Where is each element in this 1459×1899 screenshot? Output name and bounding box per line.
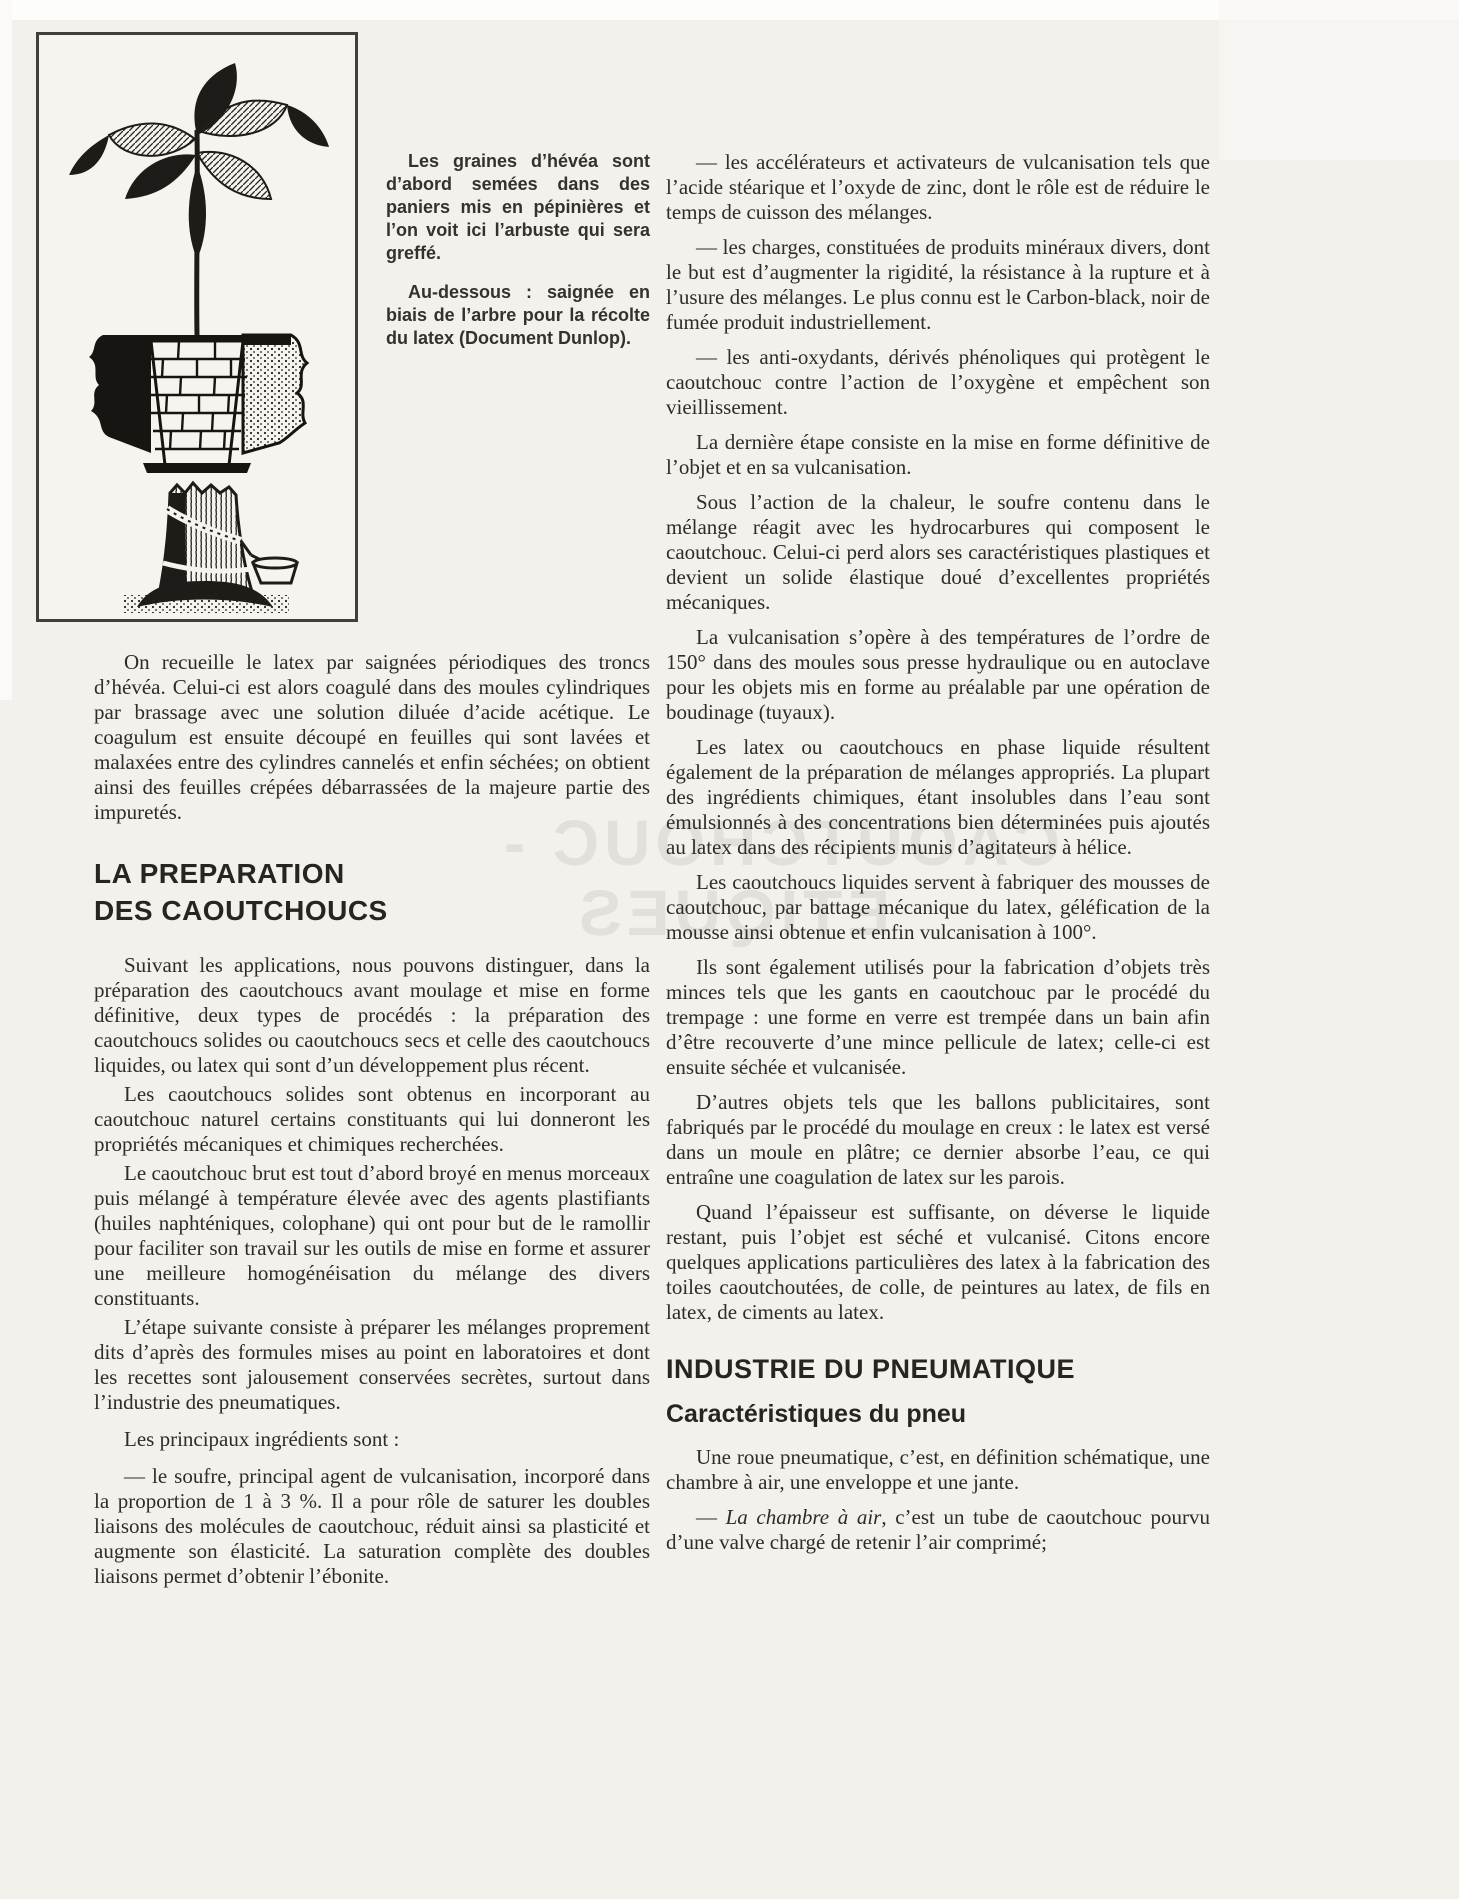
latex-cup (251, 555, 297, 583)
section-heading-industrie: INDUSTRIE DU PNEUMATIQUE (666, 1353, 1210, 1385)
heading-line: DES CAOUTCHOUCS (94, 892, 650, 929)
right-column: — les accélérateurs et activateurs de vu… (666, 150, 1210, 1565)
paragraph: La dernière étape consiste en la mise en… (666, 430, 1210, 480)
paragraph: Une roue pneumatique, c’est, en définiti… (666, 1445, 1210, 1495)
caption-paragraph: Les graines d’hévéa sont d’abord semées … (386, 150, 650, 265)
left-column: On recueille le latex par saignées pério… (94, 650, 650, 1593)
list-item-paragraph: — les charges, constituées de produits m… (666, 235, 1210, 335)
italic-term: La chambre à air (726, 1505, 882, 1529)
caption-paragraph: Au-dessous : saignée en biais de l’arbre… (386, 281, 650, 350)
paragraph: On recueille le latex par saignées pério… (94, 650, 650, 825)
paragraph: Les latex ou caoutchoucs en phase liquid… (666, 735, 1210, 860)
paragraph: L’étape suivante consiste à préparer les… (94, 1315, 650, 1415)
list-item-paragraph: — les accélérateurs et activateurs de vu… (666, 150, 1210, 225)
list-item-paragraph: — le soufre, principal agent de vulcanis… (94, 1464, 650, 1589)
scan-margin-left (0, 0, 12, 700)
list-item-paragraph: — La chambre à air, c’est un tube de cao… (666, 1505, 1210, 1555)
scanned-document-page: CAOUTCHOUC - ETIQUES (0, 0, 1459, 1899)
heading-line: LA PREPARATION (94, 855, 650, 892)
list-item-paragraph: — les anti-oxydants, dérivés phénoliques… (666, 345, 1210, 420)
paragraph: Le caoutchouc brut est tout d’abord broy… (94, 1161, 650, 1311)
paragraph: La vulcanisation s’opère à des températu… (666, 625, 1210, 725)
paragraph: Les principaux ingrédients sont : (94, 1427, 650, 1452)
paragraph: Sous l’action de la chaleur, le soufre c… (666, 490, 1210, 615)
scan-margin-right (1219, 0, 1459, 160)
subsection-heading-pneu: Caractéristiques du pneu (666, 1399, 1210, 1429)
paragraph: Quand l’épaisseur est suffisante, on dév… (666, 1200, 1210, 1325)
section-heading-preparation: LA PREPARATION DES CAOUTCHOUCS (94, 855, 650, 929)
hevea-illustration (39, 35, 355, 619)
paragraph: Ils sont également utilisés pour la fabr… (666, 955, 1210, 1080)
paragraph: Les caoutchoucs solides sont obtenus en … (94, 1082, 650, 1157)
brick-planter (89, 335, 307, 473)
paragraph: Suivant les applications, nous pouvons d… (94, 953, 650, 1078)
hevea-sapling (69, 63, 329, 335)
figure-caption: Les graines d’hévéa sont d’abord semées … (386, 150, 650, 366)
dash: — (696, 1505, 726, 1529)
paragraph: D’autres objets tels que les ballons pub… (666, 1090, 1210, 1190)
tapped-trunk (123, 483, 297, 613)
paragraph: Les caoutchoucs liquides servent à fabri… (666, 870, 1210, 945)
illustration-frame (36, 32, 358, 622)
